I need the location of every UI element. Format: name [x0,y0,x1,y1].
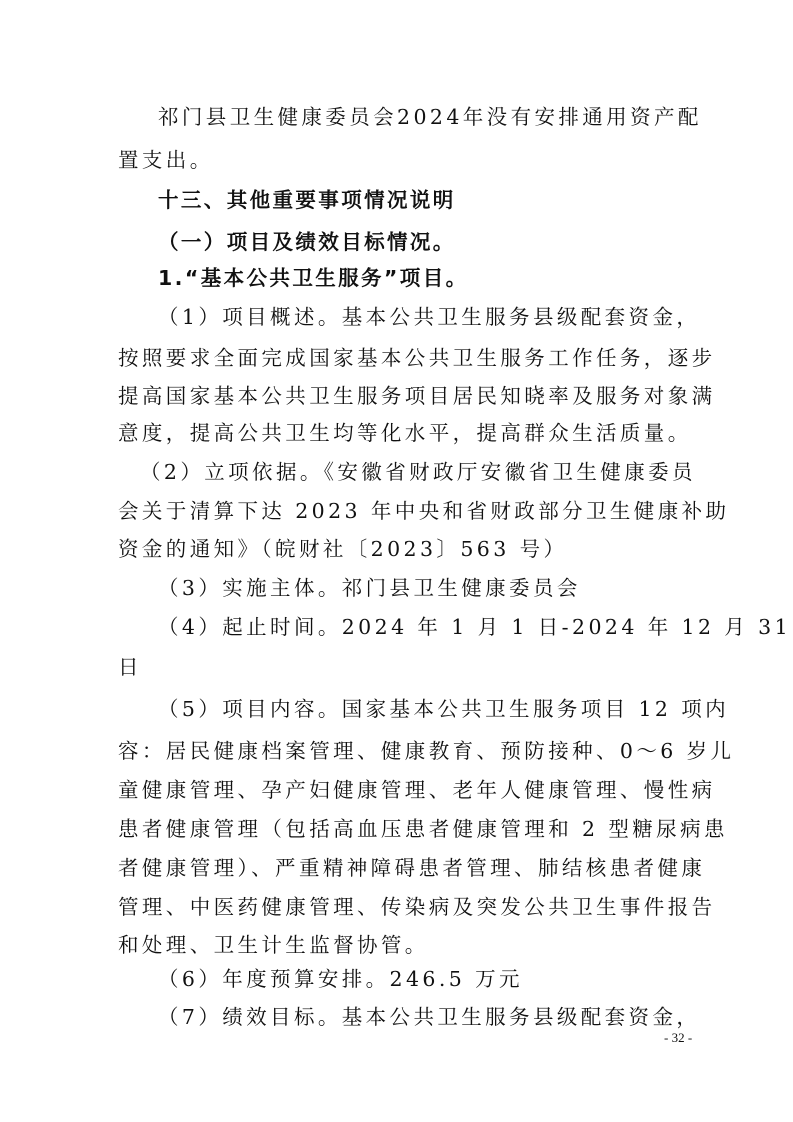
paragraph-line: 提高国家基本公共卫生服务项目居民知晓率及服务对象满 [118,384,716,408]
paragraph-line: 日 [118,655,142,679]
section-heading: 1.“基本公共卫生服务”项目。 [158,266,469,290]
paragraph-line: 童健康管理、孕产妇健康管理、老年人健康管理、慢性病 [118,778,716,802]
paragraph-line: （5）项目内容。国家基本公共卫生服务项目 12 项内 [158,697,729,721]
paragraph-line: 祁门县卫生健康委员会2024年没有安排通用资产配 [158,105,702,129]
paragraph-line: （7）绩效目标。基本公共卫生服务县级配套资金， [158,1005,700,1029]
paragraph-line: 容：居民健康档案管理、健康教育、预防接种、0～6 岁儿 [118,739,734,763]
paragraph-line: 患者健康管理（包括高血压患者健康管理和 2 型糖尿病患 [118,817,728,841]
paragraph-line: 会关于清算下达 2023 年中央和省财政部分卫生健康补助 [118,499,729,523]
paragraph-line: 资金的通知》（皖财社〔2023〕563 号） [118,537,567,561]
paragraph-line: 意度，提高公共卫生均等化水平，提高群众生活质量。 [118,421,692,445]
paragraph-line: 置支出。 [118,148,214,172]
paragraph-line: （2）立项依据。《安徽省财政厅安徽省卫生健康委员 [140,460,696,484]
document-page: 祁门县卫生健康委员会2024年没有安排通用资产配置支出。十三、其他重要事项情况说… [0,0,793,1122]
paragraph-line: （3）实施主体。祁门县卫生健康委员会 [158,576,581,600]
paragraph-line: 按照要求全面完成国家基本公共卫生服务工作任务，逐步 [118,346,716,370]
paragraph-line: 者健康管理）、严重精神障碍患者管理、肺结核患者健康 [118,856,705,880]
section-heading: 十三、其他重要事项情况说明 [158,188,456,212]
paragraph-line: （4）起止时间。2024 年 1 月 1 日-2024 年 12 月 31 [158,615,791,639]
page-number: - 32 - [664,1030,692,1046]
paragraph-line: 管理、中医药健康管理、传染病及突发公共卫生事件报告 [118,895,716,919]
paragraph-line: 和处理、卫生计生监督协管。 [118,933,429,957]
paragraph-line: （6）年度预算安排。246.5 万元 [158,967,523,991]
paragraph-line: （1）项目概述。基本公共卫生服务县级配套资金， [158,305,700,329]
section-heading: （一）项目及绩效目标情况。 [158,230,456,254]
